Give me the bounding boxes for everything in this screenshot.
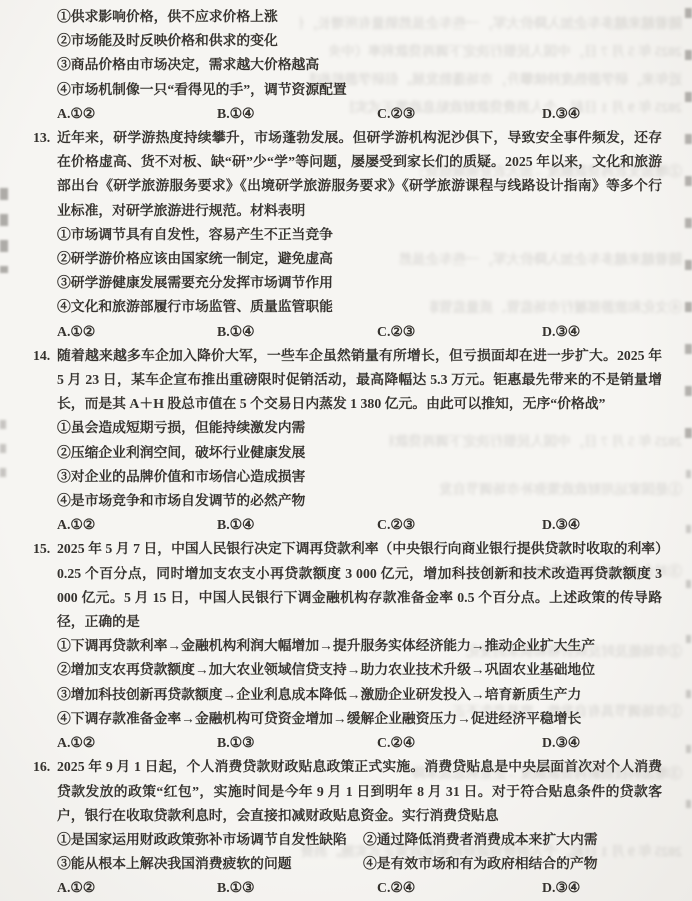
question-stem: 2025 年 5 月 7 日，中国人民银行决定下调再贷款利率（中央银行向商业银行… bbox=[57, 537, 662, 634]
choice-d: D.③④ bbox=[542, 876, 662, 900]
option-line: ④是有效市场和有为政府相结合的产物 bbox=[363, 852, 662, 876]
option-line: ③对企业的品牌价值和市场信心造成损害 bbox=[57, 465, 662, 489]
option-line: ①下调再贷款利率→金融机构利润大幅增加→提升服务实体经济能力→推动企业扩大生产 bbox=[57, 634, 662, 658]
option-line: ②通过降低消费者消费成本来扩大内需 bbox=[363, 828, 662, 852]
option-line: ④市场机制像一只“看得见的手”，调节资源配置 bbox=[57, 78, 662, 102]
choice-c: C.②③ bbox=[377, 513, 542, 537]
question-number: 14. bbox=[33, 344, 50, 368]
choice-b: B.①④ bbox=[217, 102, 377, 126]
questions-column: ①供求影响价格，供不应求价格上涨 ②市场能及时反映价格和供求的变化 ③商品价格由… bbox=[33, 5, 662, 901]
option-line: ②研学游价格应该由国家统一制定，避免虚高 bbox=[57, 247, 662, 271]
question-15: 15. 2025 年 5 月 7 日，中国人民银行决定下调再贷款利率（中央银行向… bbox=[33, 537, 662, 755]
choice-b: B.①④ bbox=[217, 513, 377, 537]
choice-c: C.②④ bbox=[377, 731, 542, 755]
answer-choices-row: A.①② B.①④ C.②③ D.③④ bbox=[57, 320, 662, 344]
question-number: 15. bbox=[33, 537, 50, 561]
option-line: ③增加科技创新再贷款额度→企业利息成本降低→激励企业研发投入→培育新质生产力 bbox=[57, 683, 662, 707]
choice-d: D.③④ bbox=[542, 513, 662, 537]
exam-page: 随着越来越多车企加入降价大军，一些车企虽然销量有所增长，但亏损面却在进一步扩大。… bbox=[0, 0, 692, 901]
option-line: ④是市场竞争和市场自发调节的必然产物 bbox=[57, 489, 662, 513]
choice-b: B.①④ bbox=[217, 320, 377, 344]
question-13: 13. 近年来，研学游热度持续攀升，市场蓬勃发展。但研学游机构泥沙俱下，导致安全… bbox=[33, 126, 662, 344]
option-line: ③能从根本上解决我国消费疲软的问题 bbox=[57, 852, 363, 876]
option-pair-row: ①是国家运用财政政策弥补市场调节自发性缺陷 ②通过降低消费者消费成本来扩大内需 bbox=[57, 828, 662, 852]
option-line: ②压缩企业利润空间，破坏行业健康发展 bbox=[57, 441, 662, 465]
choice-b: B.①③ bbox=[217, 731, 377, 755]
question-stem: 2025 年 9 月 1 日起，个人消费贷款财政贴息政策正式实施。消费贷贴息是中… bbox=[57, 755, 662, 828]
choice-c: C.②③ bbox=[377, 320, 542, 344]
question-stem: 随着越来越多车企加入降价大军，一些车企虽然销量有所增长，但亏损面却在进一步扩大。… bbox=[57, 344, 662, 417]
question-16: 16. 2025 年 9 月 1 日起，个人消费贷款财政贴息政策正式实施。消费贷… bbox=[33, 755, 662, 900]
option-line: ①虽会造成短期亏损，但能持续激发内需 bbox=[57, 416, 662, 440]
answer-choices-row: A.①② B.①④ C.②③ D.③④ bbox=[57, 102, 662, 126]
option-line: ④文化和旅游部履行市场监管、质量监管职能 bbox=[57, 295, 662, 319]
question-number: 13. bbox=[33, 126, 50, 150]
choice-a: A.①② bbox=[57, 102, 217, 126]
scan-edge-smudge bbox=[686, 470, 691, 850]
choice-d: D.③④ bbox=[542, 320, 662, 344]
option-line: ①是国家运用财政政策弥补市场调节自发性缺陷 bbox=[57, 828, 363, 852]
choice-c: C.②③ bbox=[377, 102, 542, 126]
option-line: ③商品价格由市场决定，需求越大价格越高 bbox=[57, 53, 662, 77]
scan-edge-smudge bbox=[0, 188, 8, 273]
question-number: 16. bbox=[33, 755, 50, 779]
option-pair-row: ③能从根本上解决我国消费疲软的问题 ④是有效市场和有为政府相结合的产物 bbox=[57, 852, 662, 876]
choice-a: A.①② bbox=[57, 876, 217, 900]
choice-c: C.②④ bbox=[377, 876, 542, 900]
choice-a: A.①② bbox=[57, 513, 217, 537]
answer-choices-row: A.①② B.①④ C.②③ D.③④ bbox=[57, 513, 662, 537]
answer-choices-row: A.①② B.①③ C.②④ D.③④ bbox=[57, 731, 662, 755]
option-line: ②增加支农再贷款额度→加大农业领域信贷支持→助力农业技术升级→巩固农业基础地位 bbox=[57, 658, 662, 682]
choice-b: B.①③ bbox=[217, 876, 377, 900]
option-line: ②市场能及时反映价格和供求的变化 bbox=[57, 29, 662, 53]
question-stem: 近年来，研学游热度持续攀升，市场蓬勃发展。但研学游机构泥沙俱下，导致安全事件频发… bbox=[57, 126, 662, 223]
option-line: ①市场调节具有自发性，容易产生不正当竞争 bbox=[57, 223, 662, 247]
scan-edge-smudge bbox=[0, 420, 6, 480]
option-line: ③研学游健康发展需要充分发挥市场调节作用 bbox=[57, 271, 662, 295]
choice-d: D.③④ bbox=[542, 731, 662, 755]
question-12-partial: ①供求影响价格，供不应求价格上涨 ②市场能及时反映价格和供求的变化 ③商品价格由… bbox=[33, 5, 662, 126]
answer-choices-row: A.①② B.①③ C.②④ D.③④ bbox=[57, 876, 662, 900]
scan-edge-smudge bbox=[685, 8, 692, 438]
option-line: ①供求影响价格，供不应求价格上涨 bbox=[57, 5, 662, 29]
question-14: 14. 随着越来越多车企加入降价大军，一些车企虽然销量有所增长，但亏损面却在进一… bbox=[33, 344, 662, 538]
choice-a: A.①② bbox=[57, 731, 217, 755]
choice-a: A.①② bbox=[57, 320, 217, 344]
option-line: ④下调存款准备金率→金融机构可贷资金增加→缓解企业融资压力→促进经济平稳增长 bbox=[57, 707, 662, 731]
choice-d: D.③④ bbox=[542, 102, 662, 126]
